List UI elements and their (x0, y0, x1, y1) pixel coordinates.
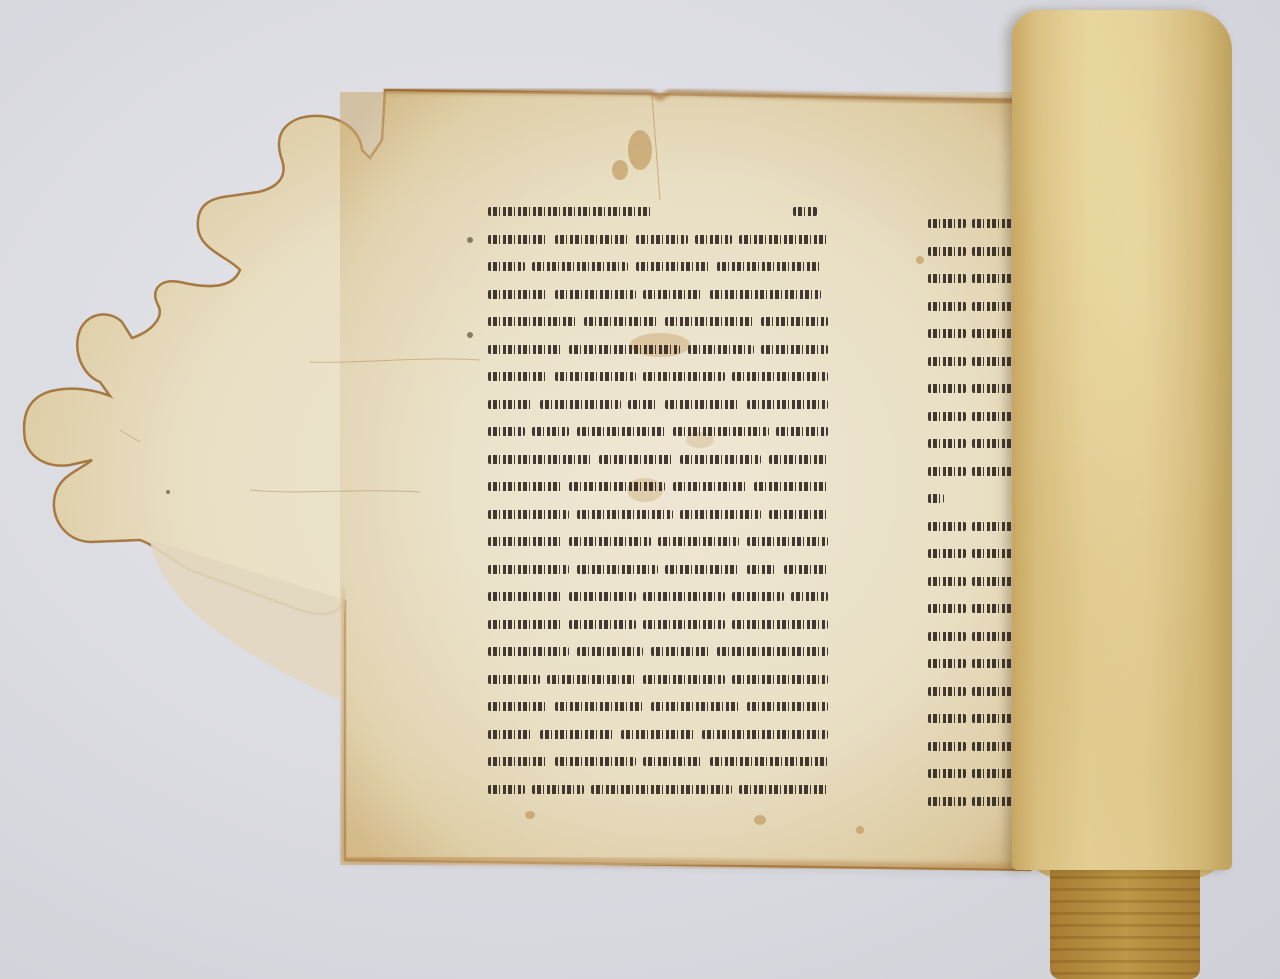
script-line (488, 205, 828, 219)
script-line (928, 767, 1018, 781)
ink-word (555, 290, 636, 299)
ink-word (584, 317, 658, 326)
ink-word (569, 620, 636, 629)
ink-word (928, 302, 966, 311)
ink-word (928, 219, 966, 228)
ink-word (928, 357, 966, 366)
script-line (488, 288, 828, 302)
script-line (928, 465, 1018, 479)
script-line (928, 382, 1018, 396)
ink-word (761, 345, 828, 354)
ink-word (747, 702, 828, 711)
ink-word (540, 730, 614, 739)
ink-word (488, 592, 562, 601)
text-column-left (488, 205, 828, 810)
ink-word (928, 604, 966, 613)
ink-word (710, 290, 821, 299)
ink-word (643, 757, 702, 766)
script-line (928, 355, 1018, 369)
ink-word (680, 510, 761, 519)
ink-word (599, 455, 673, 464)
ink-word (928, 439, 966, 448)
ink-word (776, 427, 828, 436)
ink-word (928, 659, 966, 668)
script-line (928, 602, 1018, 616)
ink-word (488, 427, 525, 436)
script-line (488, 370, 828, 384)
ink-word (928, 797, 966, 806)
ink-word (569, 537, 650, 546)
script-line (488, 398, 828, 412)
script-line (928, 410, 1018, 424)
ink-word (928, 577, 966, 586)
script-line (928, 520, 1018, 534)
ink-word (928, 467, 966, 476)
script-line (928, 492, 1018, 506)
ink-word (793, 207, 817, 216)
ink-word (488, 702, 547, 711)
script-line (488, 563, 828, 577)
script-line (488, 700, 828, 714)
ink-word (673, 427, 769, 436)
ink-word (577, 427, 666, 436)
ink-word (732, 592, 784, 601)
ink-word (488, 620, 562, 629)
ink-word (591, 785, 731, 794)
ink-word (488, 510, 569, 519)
ink-word (688, 345, 755, 354)
ink-word (532, 262, 628, 271)
ink-word (665, 565, 739, 574)
text-column-right (928, 217, 1018, 822)
ink-word (754, 482, 828, 491)
ink-word (540, 400, 621, 409)
ink-word (488, 235, 547, 244)
ink-word (488, 455, 591, 464)
ink-word (577, 647, 644, 656)
ink-word (747, 565, 777, 574)
script-line (928, 272, 1018, 286)
ink-word (643, 675, 724, 684)
ink-word (695, 235, 732, 244)
script-line (488, 480, 828, 494)
script-line (928, 685, 1018, 699)
script-line (928, 245, 1018, 259)
ink-word (928, 687, 966, 696)
ink-word (739, 785, 828, 794)
script-line (488, 535, 828, 549)
script-line (488, 508, 828, 522)
ink-word (577, 510, 673, 519)
ink-word (488, 290, 547, 299)
script-line (928, 740, 1018, 754)
ink-word (928, 384, 966, 393)
script-line (928, 327, 1018, 341)
script-line (928, 437, 1018, 451)
script-line (928, 795, 1018, 809)
ink-word (784, 565, 828, 574)
ink-word (928, 742, 966, 751)
ink-word (761, 317, 828, 326)
script-line (488, 783, 828, 797)
ink-word (928, 329, 966, 338)
ink-word (488, 647, 569, 656)
ink-word (488, 675, 540, 684)
ink-word (488, 372, 547, 381)
ink-word (791, 592, 828, 601)
ink-word (747, 400, 828, 409)
ink-word (928, 494, 944, 503)
ink-word (488, 345, 562, 354)
ink-word (732, 372, 828, 381)
ink-word (717, 262, 820, 271)
script-line (928, 300, 1018, 314)
wooden-roller (1012, 10, 1232, 870)
script-line (928, 217, 1018, 231)
ink-word (547, 675, 636, 684)
ink-word (488, 317, 577, 326)
ink-word (488, 482, 562, 491)
ink-word (928, 769, 966, 778)
script-line (488, 645, 828, 659)
ink-word (928, 522, 966, 531)
ink-word (680, 455, 761, 464)
script-line (488, 425, 828, 439)
ink-word (717, 647, 828, 656)
ink-word (928, 412, 966, 421)
script-line (488, 590, 828, 604)
script-line (928, 712, 1018, 726)
ink-word (488, 730, 532, 739)
ink-word (555, 235, 629, 244)
ink-word (569, 345, 680, 354)
ink-word (928, 632, 966, 641)
ink-word (555, 757, 636, 766)
ink-word (488, 400, 532, 409)
script-line (928, 547, 1018, 561)
ink-word (488, 565, 569, 574)
ink-word (702, 730, 828, 739)
ink-word (928, 274, 966, 283)
script-line (928, 657, 1018, 671)
ink-word (769, 455, 828, 464)
script-line (928, 575, 1018, 589)
ink-word (488, 262, 525, 271)
ink-word (532, 785, 584, 794)
ink-word (488, 537, 562, 546)
ink-word (621, 730, 695, 739)
ink-word (710, 757, 828, 766)
ink-word (665, 317, 754, 326)
ink-word (651, 647, 710, 656)
ink-word (643, 372, 724, 381)
script-line (488, 233, 828, 247)
ink-word (665, 400, 739, 409)
script-line (488, 453, 828, 467)
ink-word (488, 785, 525, 794)
ink-word (636, 262, 710, 271)
ink-word (643, 592, 724, 601)
script-line (488, 343, 828, 357)
ink-word (732, 675, 828, 684)
ink-word (928, 714, 966, 723)
ink-word (739, 235, 828, 244)
ink-word (569, 592, 636, 601)
ink-word (636, 235, 688, 244)
ink-word (532, 427, 569, 436)
ink-word (658, 537, 739, 546)
ink-word (488, 757, 547, 766)
ink-word (747, 537, 828, 546)
script-line (488, 315, 828, 329)
ink-word (673, 482, 747, 491)
script-line (488, 755, 828, 769)
ink-word (569, 482, 665, 491)
ink-word (643, 290, 702, 299)
script-line (928, 630, 1018, 644)
ink-word (628, 400, 658, 409)
script-line (488, 728, 828, 742)
ink-word (643, 620, 724, 629)
script-line (488, 260, 828, 274)
ink-word (769, 510, 828, 519)
ink-word (555, 702, 644, 711)
ink-word (651, 702, 740, 711)
ink-word (488, 207, 651, 216)
script-line (488, 673, 828, 687)
ink-word (577, 565, 658, 574)
ink-word (928, 549, 966, 558)
ink-word (555, 372, 636, 381)
ink-word (732, 620, 828, 629)
ink-word (928, 247, 966, 256)
script-line (488, 618, 828, 632)
roller-knob (1050, 855, 1200, 979)
